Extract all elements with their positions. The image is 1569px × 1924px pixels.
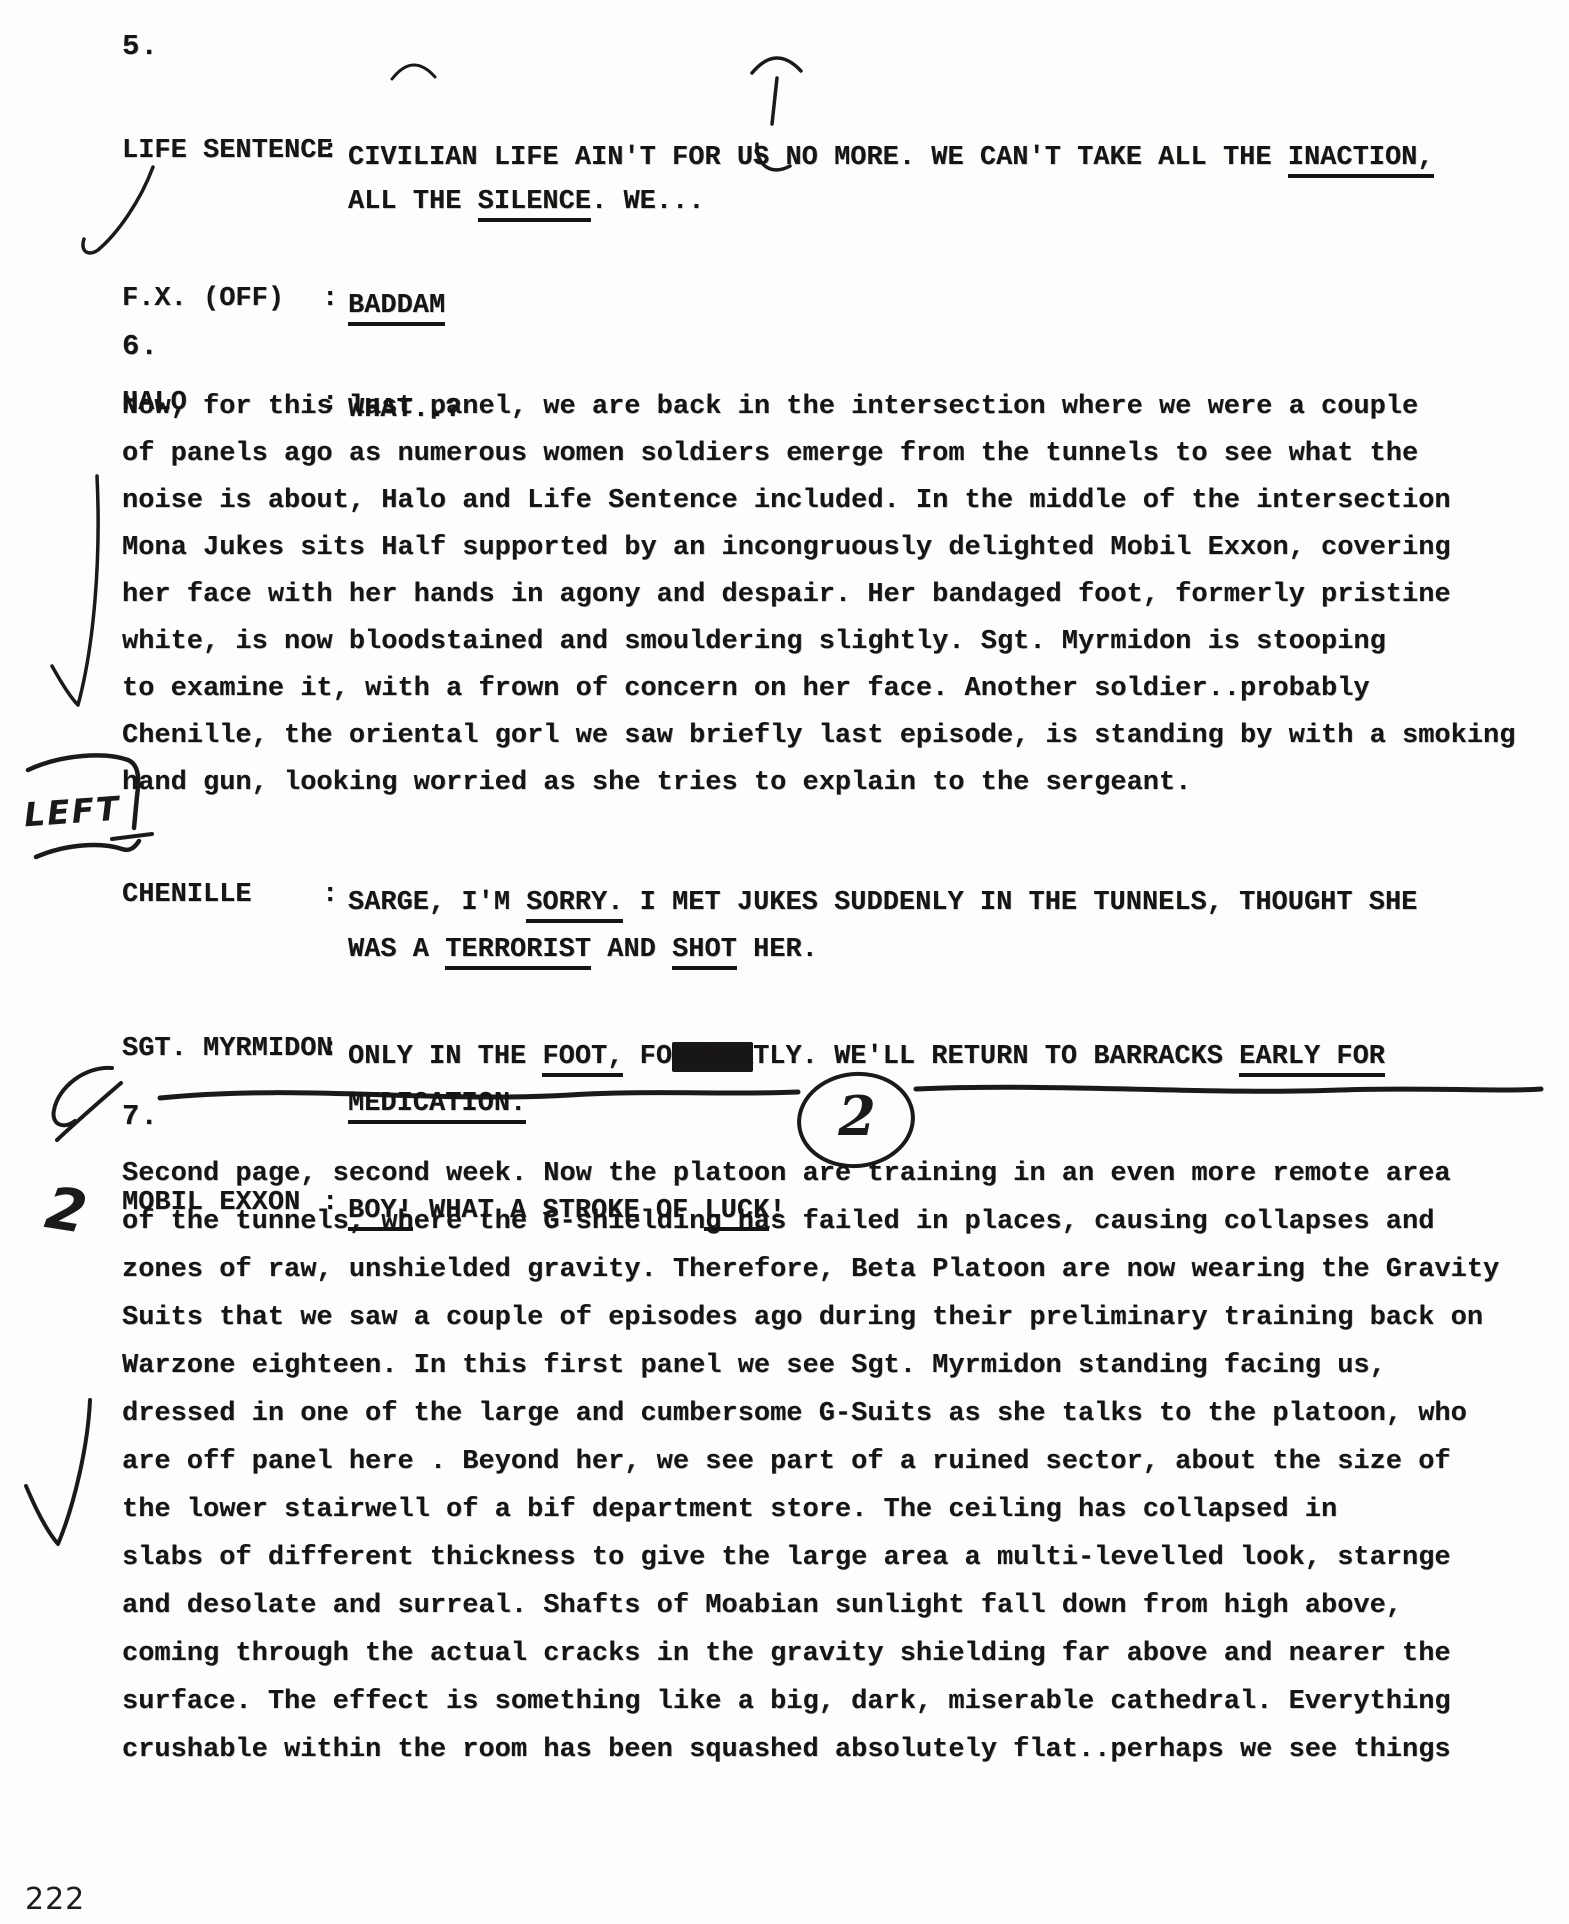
dialogue-colon: :: [322, 880, 348, 910]
long-checkmark-icon: [52, 476, 98, 705]
speaker-name: SGT. MYRMIDON: [122, 1034, 322, 1064]
typed-line: to examine it, with a frown of concern o…: [122, 666, 1559, 713]
underlined-text: SHOT: [672, 935, 737, 970]
typed-line: ALL THE SILENCE. WE...: [348, 180, 1529, 224]
typed-line: Mona Jukes sits Half supported by an inc…: [122, 525, 1559, 572]
typed-line: and desolate and surreal. Shafts of Moab…: [122, 1582, 1559, 1630]
handwritten-left-note: LEFT: [23, 789, 122, 835]
typed-line: crushable within the room has been squas…: [122, 1726, 1559, 1774]
typed-line: her face with her hands in agony and des…: [122, 572, 1559, 619]
loop-squiggle-stroke: [57, 1083, 121, 1140]
typed-line: are off panel here . Beyond her, we see …: [122, 1438, 1559, 1486]
typed-text: SARGE, I'M: [348, 888, 526, 918]
typed-line: CIVILIAN LIFE AIN'T FOR US NO MORE. WE C…: [348, 136, 1529, 180]
typed-text: TLY. WE'LL RETURN TO BARRACKS: [753, 1042, 1239, 1072]
panel-6-heading: 6.: [122, 330, 159, 363]
dialogue-text: CIVILIAN LIFE AIN'T FOR US NO MORE. WE C…: [348, 136, 1529, 224]
typed-line: Chenille, the oriental gorl we saw brief…: [122, 713, 1559, 760]
dialogue-text: ONLY IN THE FOOT, FORTUNATLY. WE'LL RETU…: [348, 1034, 1559, 1128]
typed-text: HER.: [737, 935, 818, 965]
typed-line: dressed in one of the large and cumberso…: [122, 1390, 1559, 1438]
underlined-text: INACTION,: [1288, 143, 1434, 178]
typed-text: AND: [591, 935, 672, 965]
typed-line: of panels ago as numerous women soldiers…: [122, 431, 1559, 478]
handwritten-margin-number: 2: [41, 1173, 92, 1246]
underlined-text: BADDAM: [348, 291, 445, 326]
tall-checkmark-icon: [26, 1400, 90, 1544]
typed-line: Warzone eighteen. In this first panel we…: [122, 1342, 1559, 1390]
typed-line: BADDAM: [348, 284, 1529, 328]
panel-5-heading: 5.: [122, 30, 159, 63]
dialogue-row: F.X. (OFF) : BADDAM: [122, 284, 1529, 328]
page-number: 222: [25, 1882, 85, 1917]
typed-text: CIVILIAN LIFE AIN'T FOR US NO MORE. WE C…: [348, 143, 1288, 173]
typed-line: the lower stairwell of a bif department …: [122, 1486, 1559, 1534]
typed-line: hand gun, looking worried as she tries t…: [122, 760, 1559, 807]
underlined-text: FOOT,: [542, 1042, 623, 1077]
typed-line: MEDICATION.: [348, 1081, 1559, 1128]
typed-line: white, is now bloodstained and smoulderi…: [122, 619, 1559, 666]
typed-text: I MET JUKES SUDDENLY IN THE TUNNELS, THO…: [623, 888, 1417, 918]
dialogue-colon: :: [322, 284, 348, 314]
typed-line: coming through the actual cracks in the …: [122, 1630, 1559, 1678]
panel-7-heading: 7.: [122, 1100, 159, 1133]
loop-squiggle-icon: [54, 1068, 112, 1125]
panel-7-description: Second page, second week. Now the platoo…: [122, 1150, 1559, 1774]
speaker-name: LIFE SENTENCE: [122, 136, 322, 166]
typed-line: Second page, second week. Now the platoo…: [122, 1150, 1559, 1198]
typed-line: WAS A TERRORIST AND SHOT HER.: [348, 927, 1559, 974]
typed-line: ONLY IN THE FOOT, FORTUNATLY. WE'LL RETU…: [348, 1034, 1559, 1081]
typed-line: Now, for this last panel, we are back in…: [122, 384, 1559, 431]
scanned-script-page: { "page_number": "222", "ink_color": "#1…: [0, 0, 1569, 1924]
typed-line: of the tunnels, where the G-shielding ha…: [122, 1198, 1559, 1246]
typed-text: WAS A: [348, 935, 445, 965]
dialogue-row: LIFE SENTENCE : CIVILIAN LIFE AIN'T FOR …: [122, 136, 1529, 224]
overstruck-text: RTUNA: [672, 1042, 753, 1072]
typed-line: slabs of different thickness to give the…: [122, 1534, 1559, 1582]
typed-text: FO: [623, 1042, 672, 1072]
dialogue-text: SARGE, I'M SORRY. I MET JUKES SUDDENLY I…: [348, 880, 1559, 974]
typed-line: noise is about, Halo and Life Sentence i…: [122, 478, 1559, 525]
underlined-text: EARLY FOR: [1239, 1042, 1385, 1077]
insertion-caret-us-no: [752, 58, 801, 73]
typed-text: ONLY IN THE: [348, 1042, 542, 1072]
typed-text: ALL THE: [348, 187, 478, 217]
dialogue-colon: :: [322, 1034, 348, 1064]
underlined-text: SORRY.: [526, 888, 623, 923]
underlined-text: SILENCE: [478, 187, 591, 222]
dialogue-row: CHENILLE : SARGE, I'M SORRY. I MET JUKES…: [122, 880, 1559, 974]
underlined-text: TERRORIST: [445, 935, 591, 970]
typed-line: SARGE, I'M SORRY. I MET JUKES SUDDENLY I…: [348, 880, 1559, 927]
dialogue-text: BADDAM: [348, 284, 1529, 328]
underlined-text: MEDICATION.: [348, 1089, 526, 1124]
dialogue-colon: :: [322, 136, 348, 166]
typed-line: Suits that we saw a couple of episodes a…: [122, 1294, 1559, 1342]
typed-text: . WE...: [591, 187, 704, 217]
circled-page-marker: 2: [830, 1084, 884, 1148]
typed-line: surface. The effect is something like a …: [122, 1678, 1559, 1726]
typed-line: zones of raw, unshielded gravity. Theref…: [122, 1246, 1559, 1294]
speaker-name: CHENILLE: [122, 880, 322, 910]
speaker-name: F.X. (OFF): [122, 284, 322, 314]
panel-6-description: Now, for this last panel, we are back in…: [122, 384, 1559, 807]
